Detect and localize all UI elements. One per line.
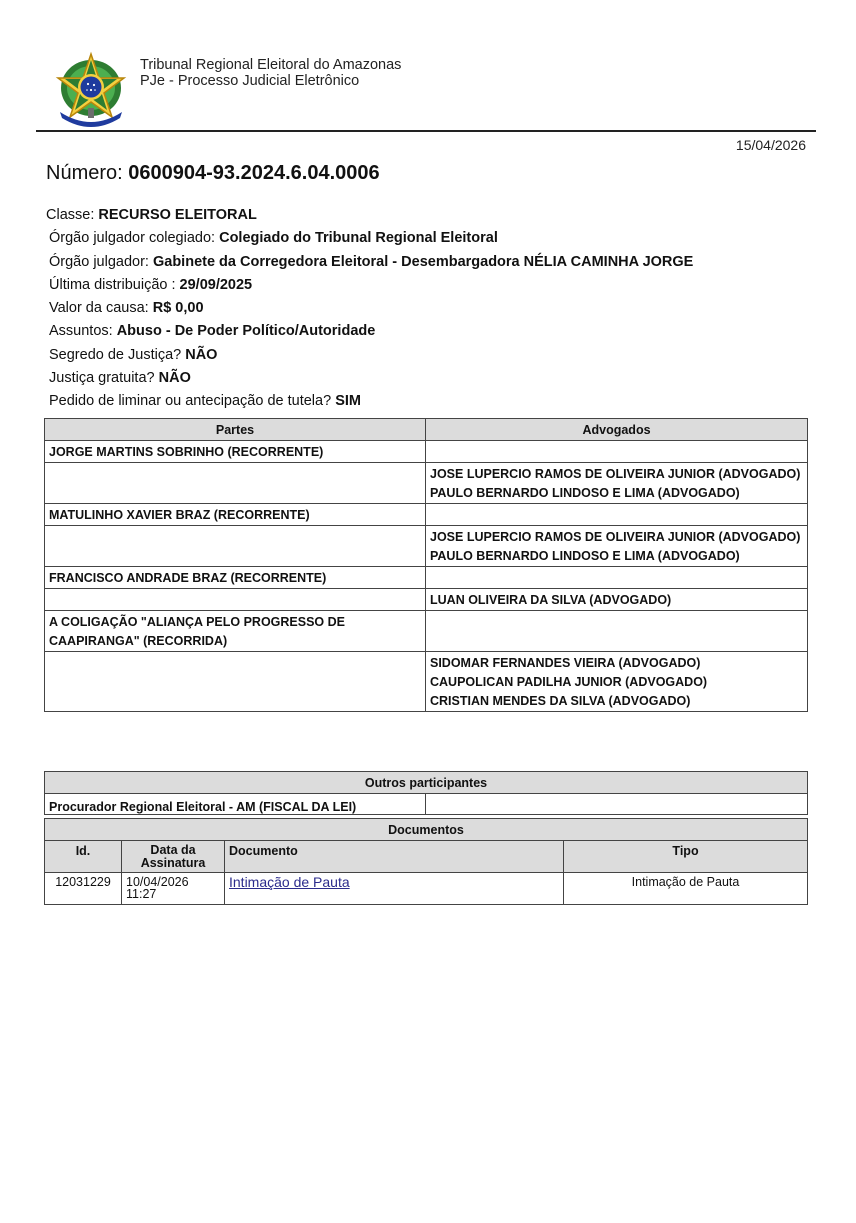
header-label: Data da Assinatura (141, 843, 206, 870)
column-header-partes: Partes (45, 419, 426, 441)
field-label: Órgão julgador colegiado: (49, 230, 215, 246)
field-orgao-colegiado: Órgão julgador colegiado: Colegiado do T… (46, 227, 693, 250)
field-label: Segredo de Justiça? (49, 347, 181, 363)
partes-table: Partes Advogados JORGE MARTINS SOBRINHO … (44, 418, 808, 712)
field-label: Justiça gratuita? (49, 370, 155, 386)
field-value: NÃO (185, 347, 217, 363)
table-row: JORGE MARTINS SOBRINHO (RECORRENTE) (45, 441, 808, 463)
table-row: SIDOMAR FERNANDES VIEIRA (ADVOGADO)CAUPO… (45, 652, 808, 712)
advogados-cell: JOSE LUPERCIO RAMOS DE OLIVEIRA JUNIOR (… (426, 526, 808, 567)
table-row: 12031229 10/04/2026 11:27 Intimação de P… (45, 873, 808, 905)
advogados-cell (426, 441, 808, 463)
print-date: 15/04/2026 (736, 137, 806, 153)
field-value: NÃO (159, 370, 191, 386)
advogado-name: SIDOMAR FERNANDES VIEIRA (ADVOGADO) (430, 654, 803, 673)
doc-date-cell: 10/04/2026 11:27 (122, 873, 225, 905)
field-value: Gabinete da Corregedora Eleitoral - Dese… (153, 254, 693, 270)
outros-participantes-table: Outros participantes Procurador Regional… (44, 771, 808, 815)
advogado-name: JOSE LUPERCIO RAMOS DE OLIVEIRA JUNIOR (… (430, 465, 803, 484)
advogado-name: CAUPOLICAN PADILHA JUNIOR (ADVOGADO) (430, 673, 803, 692)
field-pedido-liminar: Pedido de liminar ou antecipação de tute… (46, 390, 693, 413)
field-label: Assuntos: (49, 323, 113, 339)
process-number-value: 0600904-93.2024.6.04.0006 (128, 162, 379, 184)
document-link[interactable]: Intimação de Pauta (229, 874, 350, 890)
table-row: FRANCISCO ANDRADE BRAZ (RECORRENTE) (45, 567, 808, 589)
advogado-name: PAULO BERNARDO LINDOSO E LIMA (ADVOGADO) (430, 484, 803, 503)
advogados-cell (426, 567, 808, 589)
column-header-data-assinatura: Data da Assinatura (122, 841, 225, 873)
system-name: PJe - Processo Judicial Eletrônico (140, 73, 401, 89)
table-row: JOSE LUPERCIO RAMOS DE OLIVEIRA JUNIOR (… (45, 463, 808, 504)
field-orgao-julgador: Órgão julgador: Gabinete da Corregedora … (46, 251, 693, 274)
doc-time: 11:27 (126, 888, 220, 900)
field-assuntos: Assuntos: Abuso - De Poder Político/Auto… (46, 320, 693, 343)
column-header-advogados: Advogados (426, 419, 808, 441)
field-label: Classe: (46, 207, 94, 223)
advogados-cell: JOSE LUPERCIO RAMOS DE OLIVEIRA JUNIOR (… (426, 463, 808, 504)
table-row: MATULINHO XAVIER BRAZ (RECORRENTE) (45, 504, 808, 526)
field-valor-causa: Valor da causa: R$ 0,00 (46, 297, 693, 320)
advogado-name: CRISTIAN MENDES DA SILVA (ADVOGADO) (430, 692, 803, 711)
field-label: Órgão julgador: (49, 254, 149, 270)
table-row: A COLIGAÇÃO "ALIANÇA PELO PROGRESSO DE C… (45, 611, 808, 652)
field-value: SIM (335, 393, 361, 409)
field-segredo-justica: Segredo de Justiça? NÃO (46, 344, 693, 367)
parte-cell (45, 463, 426, 504)
process-number-label: Número: (46, 162, 123, 184)
advogados-cell (426, 504, 808, 526)
advogado-name: JOSE LUPERCIO RAMOS DE OLIVEIRA JUNIOR (… (430, 528, 803, 547)
table-row: Procurador Regional Eleitoral - AM (FISC… (45, 794, 808, 815)
doc-id-cell: 12031229 (45, 873, 122, 905)
field-label: Valor da causa: (49, 300, 149, 316)
table-row: LUAN OLIVEIRA DA SILVA (ADVOGADO) (45, 589, 808, 611)
field-ultima-distribuicao: Última distribuição : 29/09/2025 (46, 274, 693, 297)
process-number: Número: 0600904-93.2024.6.04.0006 (46, 162, 380, 185)
column-header-tipo: Tipo (564, 841, 808, 873)
advogados-cell: LUAN OLIVEIRA DA SILVA (ADVOGADO) (426, 589, 808, 611)
column-header-documento: Documento (225, 841, 564, 873)
participante-cell: Procurador Regional Eleitoral - AM (FISC… (45, 794, 426, 815)
field-justica-gratuita: Justiça gratuita? NÃO (46, 367, 693, 390)
parte-cell (45, 652, 426, 712)
document-header: Tribunal Regional Eleitoral do Amazonas … (54, 50, 814, 130)
advogado-name: PAULO BERNARDO LINDOSO E LIMA (ADVOGADO) (430, 547, 803, 566)
outros-participantes-title: Outros participantes (45, 772, 808, 794)
header-divider (36, 130, 816, 132)
advogados-cell: SIDOMAR FERNANDES VIEIRA (ADVOGADO)CAUPO… (426, 652, 808, 712)
parte-cell (45, 589, 426, 611)
field-value: RECURSO ELEITORAL (98, 207, 256, 223)
column-header-id: Id. (45, 841, 122, 873)
advogado-name: LUAN OLIVEIRA DA SILVA (ADVOGADO) (430, 591, 803, 610)
doc-name-cell: Intimação de Pauta (225, 873, 564, 905)
participante-extra-cell (426, 794, 808, 815)
partes-table-body: JORGE MARTINS SOBRINHO (RECORRENTE)JOSE … (45, 441, 808, 712)
process-fields: Classe: RECURSO ELEITORAL Órgão julgador… (46, 204, 693, 414)
field-classe: Classe: RECURSO ELEITORAL (46, 204, 693, 227)
field-label: Última distribuição : (49, 277, 176, 293)
field-value: Abuso - De Poder Político/Autoridade (117, 323, 376, 339)
advogados-cell (426, 611, 808, 652)
parte-cell: JORGE MARTINS SOBRINHO (RECORRENTE) (45, 441, 426, 463)
parte-cell (45, 526, 426, 567)
parte-cell: FRANCISCO ANDRADE BRAZ (RECORRENTE) (45, 567, 426, 589)
brazil-coat-of-arms-icon (54, 50, 128, 128)
documentos-title: Documentos (45, 819, 808, 841)
field-value: 29/09/2025 (180, 277, 253, 293)
table-row: JOSE LUPERCIO RAMOS DE OLIVEIRA JUNIOR (… (45, 526, 808, 567)
parte-cell: MATULINHO XAVIER BRAZ (RECORRENTE) (45, 504, 426, 526)
field-label: Pedido de liminar ou antecipação de tute… (49, 393, 331, 409)
parte-cell: A COLIGAÇÃO "ALIANÇA PELO PROGRESSO DE C… (45, 611, 426, 652)
field-value: R$ 0,00 (153, 300, 204, 316)
court-name: Tribunal Regional Eleitoral do Amazonas (140, 57, 401, 73)
doc-type-cell: Intimação de Pauta (564, 873, 808, 905)
documentos-table: Documentos Id. Data da Assinatura Docume… (44, 818, 808, 905)
field-value: Colegiado do Tribunal Regional Eleitoral (219, 230, 498, 246)
